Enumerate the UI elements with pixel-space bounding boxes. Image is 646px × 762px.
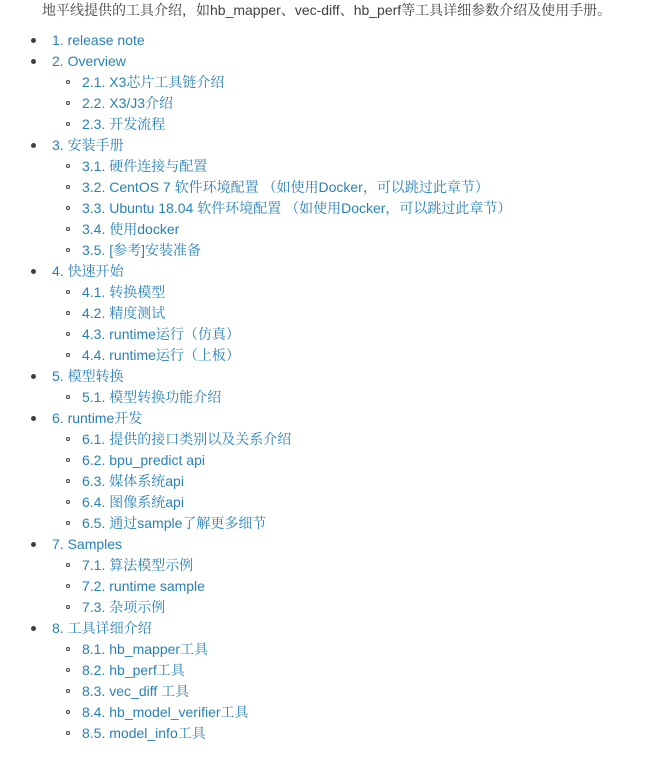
toc-subrow: 4.4. runtime运行（上板）	[0, 345, 646, 366]
toc-sublink[interactable]: 6.3. 媒体系统api	[82, 473, 184, 489]
bullet-circle-icon	[66, 227, 70, 231]
toc-row: 2. Overview	[0, 51, 646, 72]
bullet-disc-icon	[31, 626, 36, 631]
toc-sublink[interactable]: 3.2. CentOS 7 软件环境配置 （如使用Docker，可以跳过此章节）	[82, 179, 489, 195]
toc-subitem: 4.3. runtime运行（仿真）	[0, 324, 646, 345]
toc-subrow: 3.5. [参考]安装准备	[0, 240, 646, 261]
toc-link[interactable]: 6. runtime开发	[52, 410, 142, 426]
toc-subrow: 8.1. hb_mapper工具	[0, 639, 646, 660]
toc-sublink[interactable]: 8.1. hb_mapper工具	[82, 641, 208, 657]
bullet-circle-icon	[66, 248, 70, 252]
toc-subitem: 8.5. model_info工具	[0, 723, 646, 744]
toc-link[interactable]: 7. Samples	[52, 536, 122, 552]
toc-subitem: 7.1. 算法模型示例	[0, 555, 646, 576]
toc-sublink[interactable]: 3.4. 使用docker	[82, 221, 179, 237]
toc-item: 6. runtime开发6.1. 提供的接口类别以及关系介绍6.2. bpu_p…	[0, 408, 646, 534]
toc-subitem: 3.5. [参考]安装准备	[0, 240, 646, 261]
bullet-disc-icon	[31, 542, 36, 547]
toc-subrow: 3.1. 硬件连接与配置	[0, 156, 646, 177]
bullet-circle-icon	[66, 647, 70, 651]
toc-subitem: 6.3. 媒体系统api	[0, 471, 646, 492]
toc-sublist: 3.1. 硬件连接与配置3.2. CentOS 7 软件环境配置 （如使用Doc…	[0, 156, 646, 261]
toc-subrow: 6.5. 通过sample了解更多细节	[0, 513, 646, 534]
toc-link[interactable]: 1. release note	[52, 32, 145, 48]
bullet-circle-icon	[66, 605, 70, 609]
toc-sublink[interactable]: 8.3. vec_diff 工具	[82, 683, 189, 699]
toc-subitem: 3.1. 硬件连接与配置	[0, 156, 646, 177]
toc-list: 1. release note2. Overview2.1. X3芯片工具链介绍…	[0, 30, 646, 744]
toc-item: 2. Overview2.1. X3芯片工具链介绍2.2. X3/J3介绍2.3…	[0, 51, 646, 135]
bullet-circle-icon	[66, 311, 70, 315]
toc-subrow: 6.4. 图像系统api	[0, 492, 646, 513]
toc-item: 5. 模型转换5.1. 模型转换功能介绍	[0, 366, 646, 408]
toc-row: 5. 模型转换	[0, 366, 646, 387]
toc-row: 1. release note	[0, 30, 646, 51]
toc-subrow: 5.1. 模型转换功能介绍	[0, 387, 646, 408]
toc-subitem: 8.2. hb_perf工具	[0, 660, 646, 681]
toc-link[interactable]: 8. 工具详细介绍	[52, 620, 152, 636]
toc-subrow: 4.3. runtime运行（仿真）	[0, 324, 646, 345]
toc-subrow: 3.4. 使用docker	[0, 219, 646, 240]
bullet-disc-icon	[31, 143, 36, 148]
toc-subitem: 8.3. vec_diff 工具	[0, 681, 646, 702]
toc-subrow: 6.1. 提供的接口类别以及关系介绍	[0, 429, 646, 450]
bullet-disc-icon	[31, 416, 36, 421]
toc-sublist: 6.1. 提供的接口类别以及关系介绍6.2. bpu_predict api6.…	[0, 429, 646, 534]
bullet-circle-icon	[66, 689, 70, 693]
toc-sublink[interactable]: 6.4. 图像系统api	[82, 494, 184, 510]
bullet-circle-icon	[66, 500, 70, 504]
toc-sublist: 2.1. X3芯片工具链介绍2.2. X3/J3介绍2.3. 开发流程	[0, 72, 646, 135]
toc-sublink[interactable]: 6.2. bpu_predict api	[82, 452, 205, 468]
toc-sublink[interactable]: 4.2. 精度测试	[82, 305, 165, 321]
toc-subitem: 3.4. 使用docker	[0, 219, 646, 240]
bullet-circle-icon	[66, 185, 70, 189]
toc-subitem: 2.2. X3/J3介绍	[0, 93, 646, 114]
toc-link[interactable]: 2. Overview	[52, 53, 126, 69]
toc-subrow: 8.3. vec_diff 工具	[0, 681, 646, 702]
bullet-circle-icon	[66, 353, 70, 357]
toc-subitem: 3.3. Ubuntu 18.04 软件环境配置 （如使用Docker，可以跳过…	[0, 198, 646, 219]
toc-subitem: 2.1. X3芯片工具链介绍	[0, 72, 646, 93]
toc-sublink[interactable]: 8.4. hb_model_verifier工具	[82, 704, 249, 720]
toc-link[interactable]: 5. 模型转换	[52, 368, 124, 384]
bullet-circle-icon	[66, 332, 70, 336]
toc-subrow: 7.2. runtime sample	[0, 576, 646, 597]
toc-sublink[interactable]: 2.3. 开发流程	[82, 116, 165, 132]
toc-row: 4. 快速开始	[0, 261, 646, 282]
toc-sublink[interactable]: 4.4. runtime运行（上板）	[82, 347, 240, 363]
toc-subrow: 3.2. CentOS 7 软件环境配置 （如使用Docker，可以跳过此章节）	[0, 177, 646, 198]
toc-subrow: 6.3. 媒体系统api	[0, 471, 646, 492]
bullet-circle-icon	[66, 122, 70, 126]
toc-subitem: 8.1. hb_mapper工具	[0, 639, 646, 660]
toc-sublink[interactable]: 3.5. [参考]安装准备	[82, 242, 201, 258]
toc-sublink[interactable]: 8.5. model_info工具	[82, 725, 206, 741]
toc-subrow: 7.3. 杂项示例	[0, 597, 646, 618]
toc-subrow: 2.2. X3/J3介绍	[0, 93, 646, 114]
toc-sublink[interactable]: 3.3. Ubuntu 18.04 软件环境配置 （如使用Docker，可以跳过…	[82, 200, 511, 216]
toc-item: 1. release note	[0, 30, 646, 51]
toc-subitem: 6.5. 通过sample了解更多细节	[0, 513, 646, 534]
toc-subitem: 2.3. 开发流程	[0, 114, 646, 135]
toc-item: 8. 工具详细介绍8.1. hb_mapper工具8.2. hb_perf工具8…	[0, 618, 646, 744]
bullet-disc-icon	[31, 269, 36, 274]
toc-subitem: 4.4. runtime运行（上板）	[0, 345, 646, 366]
toc-sublink[interactable]: 7.1. 算法模型示例	[82, 557, 193, 573]
toc-sublink[interactable]: 7.2. runtime sample	[82, 578, 205, 594]
toc-sublist: 7.1. 算法模型示例7.2. runtime sample7.3. 杂项示例	[0, 555, 646, 618]
toc-subitem: 4.1. 转换模型	[0, 282, 646, 303]
toc-sublink[interactable]: 6.1. 提供的接口类别以及关系介绍	[82, 431, 291, 447]
toc-sublist: 5.1. 模型转换功能介绍	[0, 387, 646, 408]
toc-sublink[interactable]: 2.1. X3芯片工具链介绍	[82, 74, 224, 90]
toc-sublink[interactable]: 2.2. X3/J3介绍	[82, 95, 173, 111]
toc-subitem: 7.2. runtime sample	[0, 576, 646, 597]
toc-subrow: 7.1. 算法模型示例	[0, 555, 646, 576]
toc-subitem: 3.2. CentOS 7 软件环境配置 （如使用Docker，可以跳过此章节）	[0, 177, 646, 198]
bullet-circle-icon	[66, 437, 70, 441]
toc-subrow: 3.3. Ubuntu 18.04 软件环境配置 （如使用Docker，可以跳过…	[0, 198, 646, 219]
bullet-circle-icon	[66, 101, 70, 105]
toc-subrow: 2.3. 开发流程	[0, 114, 646, 135]
bullet-circle-icon	[66, 563, 70, 567]
intro-paragraph: 地平线提供的工具介绍，如hb_mapper、vec-diff、hb_perf等工…	[42, 0, 642, 20]
toc-row: 8. 工具详细介绍	[0, 618, 646, 639]
bullet-circle-icon	[66, 521, 70, 525]
toc-sublink[interactable]: 3.1. 硬件连接与配置	[82, 158, 207, 174]
toc-link[interactable]: 3. 安装手册	[52, 137, 124, 153]
bullet-circle-icon	[66, 458, 70, 462]
toc-subitem: 6.1. 提供的接口类别以及关系介绍	[0, 429, 646, 450]
toc-subitem: 7.3. 杂项示例	[0, 597, 646, 618]
toc-sublink[interactable]: 4.1. 转换模型	[82, 284, 165, 300]
toc-sublink[interactable]: 4.3. runtime运行（仿真）	[82, 326, 240, 342]
toc-sublist: 4.1. 转换模型4.2. 精度测试4.3. runtime运行（仿真）4.4.…	[0, 282, 646, 366]
bullet-circle-icon	[66, 731, 70, 735]
bullet-disc-icon	[31, 374, 36, 379]
bullet-circle-icon	[66, 479, 70, 483]
bullet-circle-icon	[66, 290, 70, 294]
toc-subrow: 4.1. 转换模型	[0, 282, 646, 303]
toc-sublink[interactable]: 8.2. hb_perf工具	[82, 662, 185, 678]
toc-subitem: 4.2. 精度测试	[0, 303, 646, 324]
toc-item: 7. Samples7.1. 算法模型示例7.2. runtime sample…	[0, 534, 646, 618]
toc-sublink[interactable]: 5.1. 模型转换功能介绍	[82, 389, 221, 405]
toc-subitem: 6.2. bpu_predict api	[0, 450, 646, 471]
toc-subrow: 8.5. model_info工具	[0, 723, 646, 744]
bullet-circle-icon	[66, 395, 70, 399]
toc-link[interactable]: 4. 快速开始	[52, 263, 124, 279]
doc-page: 地平线提供的工具介绍，如hb_mapper、vec-diff、hb_perf等工…	[0, 0, 646, 762]
toc-row: 6. runtime开发	[0, 408, 646, 429]
toc-sublink[interactable]: 7.3. 杂项示例	[82, 599, 165, 615]
toc-item: 4. 快速开始4.1. 转换模型4.2. 精度测试4.3. runtime运行（…	[0, 261, 646, 366]
bullet-circle-icon	[66, 206, 70, 210]
toc-subrow: 2.1. X3芯片工具链介绍	[0, 72, 646, 93]
toc-row: 3. 安装手册	[0, 135, 646, 156]
toc-subrow: 8.2. hb_perf工具	[0, 660, 646, 681]
toc-subrow: 6.2. bpu_predict api	[0, 450, 646, 471]
toc-item: 3. 安装手册3.1. 硬件连接与配置3.2. CentOS 7 软件环境配置 …	[0, 135, 646, 261]
toc-subrow: 8.4. hb_model_verifier工具	[0, 702, 646, 723]
toc-subitem: 5.1. 模型转换功能介绍	[0, 387, 646, 408]
bullet-circle-icon	[66, 584, 70, 588]
toc-row: 7. Samples	[0, 534, 646, 555]
bullet-circle-icon	[66, 164, 70, 168]
toc-sublist: 8.1. hb_mapper工具8.2. hb_perf工具8.3. vec_d…	[0, 639, 646, 744]
toc-sublink[interactable]: 6.5. 通过sample了解更多细节	[82, 515, 266, 531]
bullet-disc-icon	[31, 38, 36, 43]
bullet-circle-icon	[66, 80, 70, 84]
toc-subrow: 4.2. 精度测试	[0, 303, 646, 324]
toc-subitem: 8.4. hb_model_verifier工具	[0, 702, 646, 723]
bullet-disc-icon	[31, 59, 36, 64]
bullet-circle-icon	[66, 710, 70, 714]
toc-subitem: 6.4. 图像系统api	[0, 492, 646, 513]
bullet-circle-icon	[66, 668, 70, 672]
